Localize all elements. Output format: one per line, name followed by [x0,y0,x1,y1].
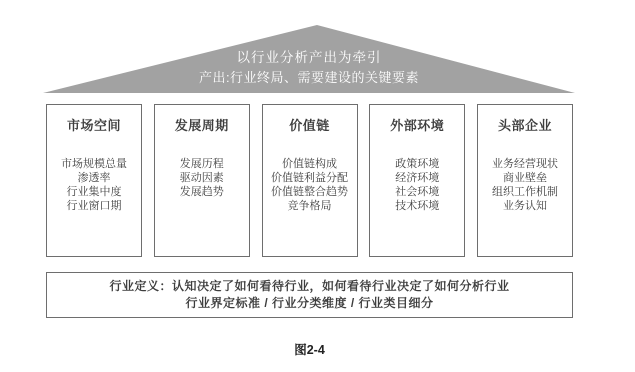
pillar-item: 价值链整合趋势 [263,185,357,199]
pillar-item: 发展历程 [155,157,249,171]
pillar-title: 市场空间 [47,118,141,134]
pillar-title: 头部企业 [478,118,572,134]
pillar-title: 外部环境 [370,118,464,134]
pillar-item: 商业壁垒 [478,171,572,185]
pillar-item: 价值链构成 [263,157,357,171]
industry-analysis-diagram: 以行业分析产出为牵引 产出:行业终局、需要建设的关键要素 市场空间 市场规模总量… [0,0,635,372]
pillar-item: 组织工作机制 [478,185,572,199]
pillar-title: 发展周期 [155,118,249,134]
pillar-item: 经济环境 [370,171,464,185]
pillars-row: 市场空间 市场规模总量 渗透率 行业集中度 行业窗口期 发展周期 发展历程 驱动… [46,104,573,257]
pillar-item: 渗透率 [47,171,141,185]
pillar-item: 价值链利益分配 [263,171,357,185]
pillar-development-cycle: 发展周期 发展历程 驱动因素 发展趋势 [154,104,250,257]
pillar-item: 社会环境 [370,185,464,199]
definition-line1: 行业定义：认知决定了如何看待行业，如何看待行业决定了如何分析行业 [109,278,509,295]
pillar-item: 发展趋势 [155,185,249,199]
pillar-external-environment: 外部环境 政策环境 经济环境 社会环境 技术环境 [369,104,465,257]
pillar-market-space: 市场空间 市场规模总量 渗透率 行业集中度 行业窗口期 [46,104,142,257]
roof-line2: 产出:行业终局、需要建设的关键要素 [199,68,419,88]
pillar-item: 业务认知 [478,199,572,213]
definition-line2: 行业界定标准 / 行业分类维度 / 行业类目细分 [185,295,433,312]
pillar-item: 政策环境 [370,157,464,171]
pillar-item: 市场规模总量 [47,157,141,171]
roof-triangle: 以行业分析产出为牵引 产出:行业终局、需要建设的关键要素 [43,25,575,93]
roof-line1: 以行业分析产出为牵引 [237,48,382,68]
figure-caption: 图2-4 [46,340,573,358]
pillar-item: 业务经营现状 [478,157,572,171]
pillar-title: 价值链 [263,118,357,134]
pillar-leading-companies: 头部企业 业务经营现状 商业壁垒 组织工作机制 业务认知 [477,104,573,257]
pillar-item: 竞争格局 [263,199,357,213]
industry-definition-box: 行业定义：认知决定了如何看待行业，如何看待行业决定了如何分析行业 行业界定标准 … [46,272,573,318]
pillar-item: 行业窗口期 [47,199,141,213]
pillar-item: 行业集中度 [47,185,141,199]
pillar-value-chain: 价值链 价值链构成 价值链利益分配 价值链整合趋势 竞争格局 [262,104,358,257]
pillar-item: 技术环境 [370,199,464,213]
pillar-item: 驱动因素 [155,171,249,185]
